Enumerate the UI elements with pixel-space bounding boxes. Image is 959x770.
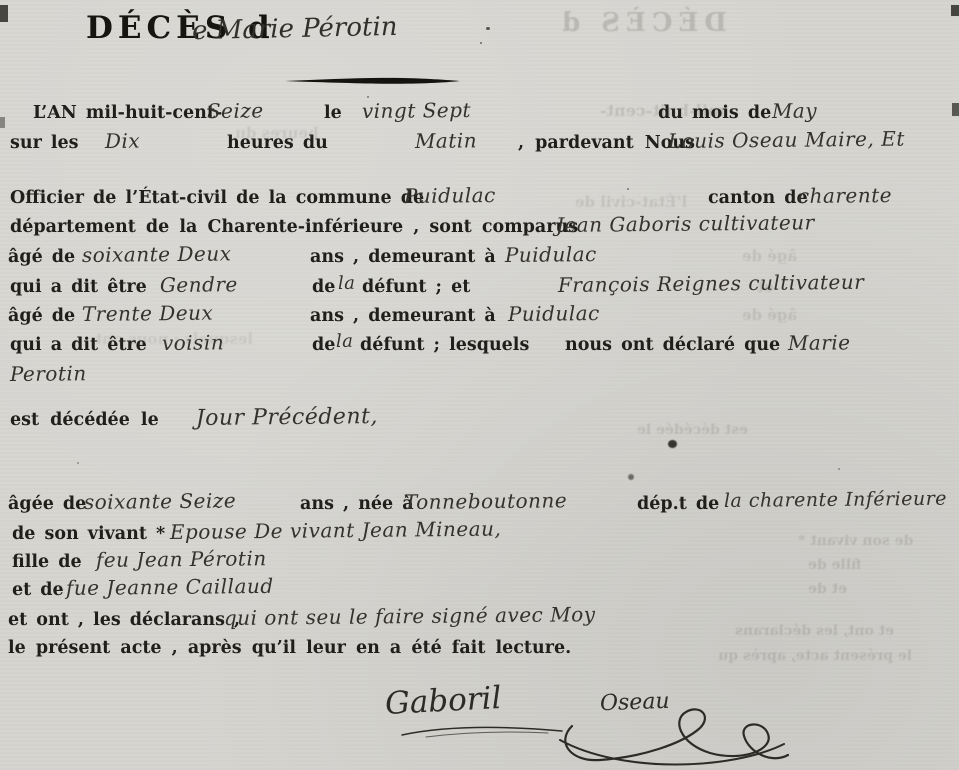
declarant1-residence-entry: Puidulac [505,242,597,267]
declarant2-name-entry: François Reignes cultivateur [558,270,865,297]
bleed-text: et de [808,581,847,597]
line-qualite-declarant1: qui a dit être Gendre de la défunt ; et … [0,277,959,303]
deceased-surname-entry: Perotin [10,361,87,386]
printed-demeurant: ans , demeurant à [310,306,496,326]
printed-agee-label: âgée de [8,494,86,514]
edge-mark [952,103,959,116]
bleed-text: est décédée le [637,422,748,438]
printed-canton-label: canton de [708,188,808,208]
signed-statement-entry: qui ont seu le faire signé avec Moy [224,602,596,630]
commune-entry: Puidulac [404,183,496,208]
document-page: DÉCÈS d e Marie Pérotin L’AN mil-huit-ce… [0,0,959,770]
bleed-text: fille de [808,557,861,573]
deceased-age-entry: soixante Seize [84,488,237,514]
printed-defunt-lesquels: défunt ; lesquels [360,335,529,355]
signature-gaborit-underline [398,722,568,740]
deceased-firstname-entry: Marie [788,330,851,355]
printed-declare-que: nous ont déclaré que [565,335,780,355]
line-age-declarant2: âgé de Trente Deux ans , demeurant à Pui… [0,306,959,332]
printed-defunt-et: défunt ; et [362,277,470,297]
line-year: L’AN mil-huit-cent- Seize le vingt Sept … [0,103,959,129]
declarant1-age-entry: soixante Deux [82,241,232,267]
ink-speck [627,188,629,190]
line-deceased-surname: Perotin [0,366,959,392]
declarant2-residence-entry: Puidulac [508,301,600,326]
canton-entry: charente [798,183,892,208]
edge-mark [951,5,959,16]
hour-entry: Dix [105,129,140,153]
birthplace-entry: Tonneboutonne [404,488,568,514]
printed-declarans-label: et ont , les déclarans , [8,610,240,630]
line-death-date: est décédée le Jour Précédent, [0,410,959,436]
ink-speck [486,27,490,30]
printed-hour-label: sur les [10,133,79,153]
daypart-entry: Matin [415,128,477,153]
printed-lecture-label: le présent acte , après qu’il leur en a … [8,638,571,658]
ink-speck [480,42,482,44]
line-departement: département de la Charente-inférieure , … [0,217,959,243]
bleed-text: âgé de [742,247,797,265]
bleed-text: mil-huit-cent- [600,101,725,120]
printed-de: de [312,277,335,297]
ink-speck [77,462,79,464]
bleed-title: DÉCÈS d [556,8,727,38]
printed-demeurant: ans , demeurant à [310,247,496,267]
declarant1-relation-entry: Gendre [160,272,238,297]
signature-gaborit: Gaboril [384,680,502,722]
bleed-text: et ont, les déclarans [735,623,894,639]
mother-name-entry: fue Jeanne Caillaud [66,574,274,600]
printed-vivant-label: de son vivant * [12,524,165,544]
printed-decedee-label: est décédée le [10,410,159,430]
officer-name-entry: Louis Oseau Maire, Et [668,127,905,153]
printed-fille-label: fille de [12,552,82,572]
printed-age-label: âgé de [8,306,75,326]
printed-officier-label: Officier de l’État-civil de la commune d… [10,188,424,208]
month-entry: May [772,99,817,123]
line-hour: sur les Dix heures du Matin , pardevant … [0,133,959,159]
bleed-text: l’État-civil de [575,193,687,211]
printed-de: de [312,335,335,355]
edge-mark [0,117,5,128]
bleed-text: de son vivant * [798,533,913,549]
year-entry: Seize [207,98,264,123]
printed-year-label: L’AN mil-huit-cent- [33,103,222,123]
hand-la: la [338,273,356,294]
birth-departement-entry: la charente Inférieure [724,488,947,512]
declarant1-name-entry: Jean Gaboris cultivateur [556,210,815,237]
printed-qualite-label: qui a dit être [10,277,147,297]
line-commune: Officier de l’État-civil de la commune d… [0,188,959,214]
ink-speck [838,468,840,470]
bleed-text: et [757,278,773,296]
decorative-divider [285,76,461,86]
printed-etde-label: et de [12,580,64,600]
spouse-entry: Epouse De vivant Jean Mineau, [170,517,502,544]
printed-nee-a: ans , née à [300,494,414,514]
declarant2-age-entry: Trente Deux [82,301,214,326]
edge-mark [0,5,8,22]
printed-dept-label: dép.t de [637,494,719,514]
bleed-text: lesquels ; nous ont [95,330,253,348]
printed-le: le [324,103,342,123]
printed-age-label: âgé de [8,247,75,267]
hand-la: la [336,331,354,352]
bleed-text: heures du [235,124,319,142]
printed-departement-label: département de la Charente-inférieure , … [10,217,578,237]
signature-oseau-flourish [552,700,792,770]
day-entry: vingt Sept [362,98,471,123]
line-age-declarant1: âgé de soixante Deux ans , demeurant à P… [0,247,959,273]
ink-spot [668,440,677,448]
death-date-entry: Jour Précédent, [196,404,378,431]
ink-speck [367,96,369,98]
bleed-text: le présent acte, après qu [718,648,912,664]
ink-spot [628,474,634,480]
father-name-entry: feu Jean Pérotin [96,546,267,572]
bleed-text: âgé de [742,306,797,324]
deceased-name-entry: e Marie Pérotin [192,12,398,46]
